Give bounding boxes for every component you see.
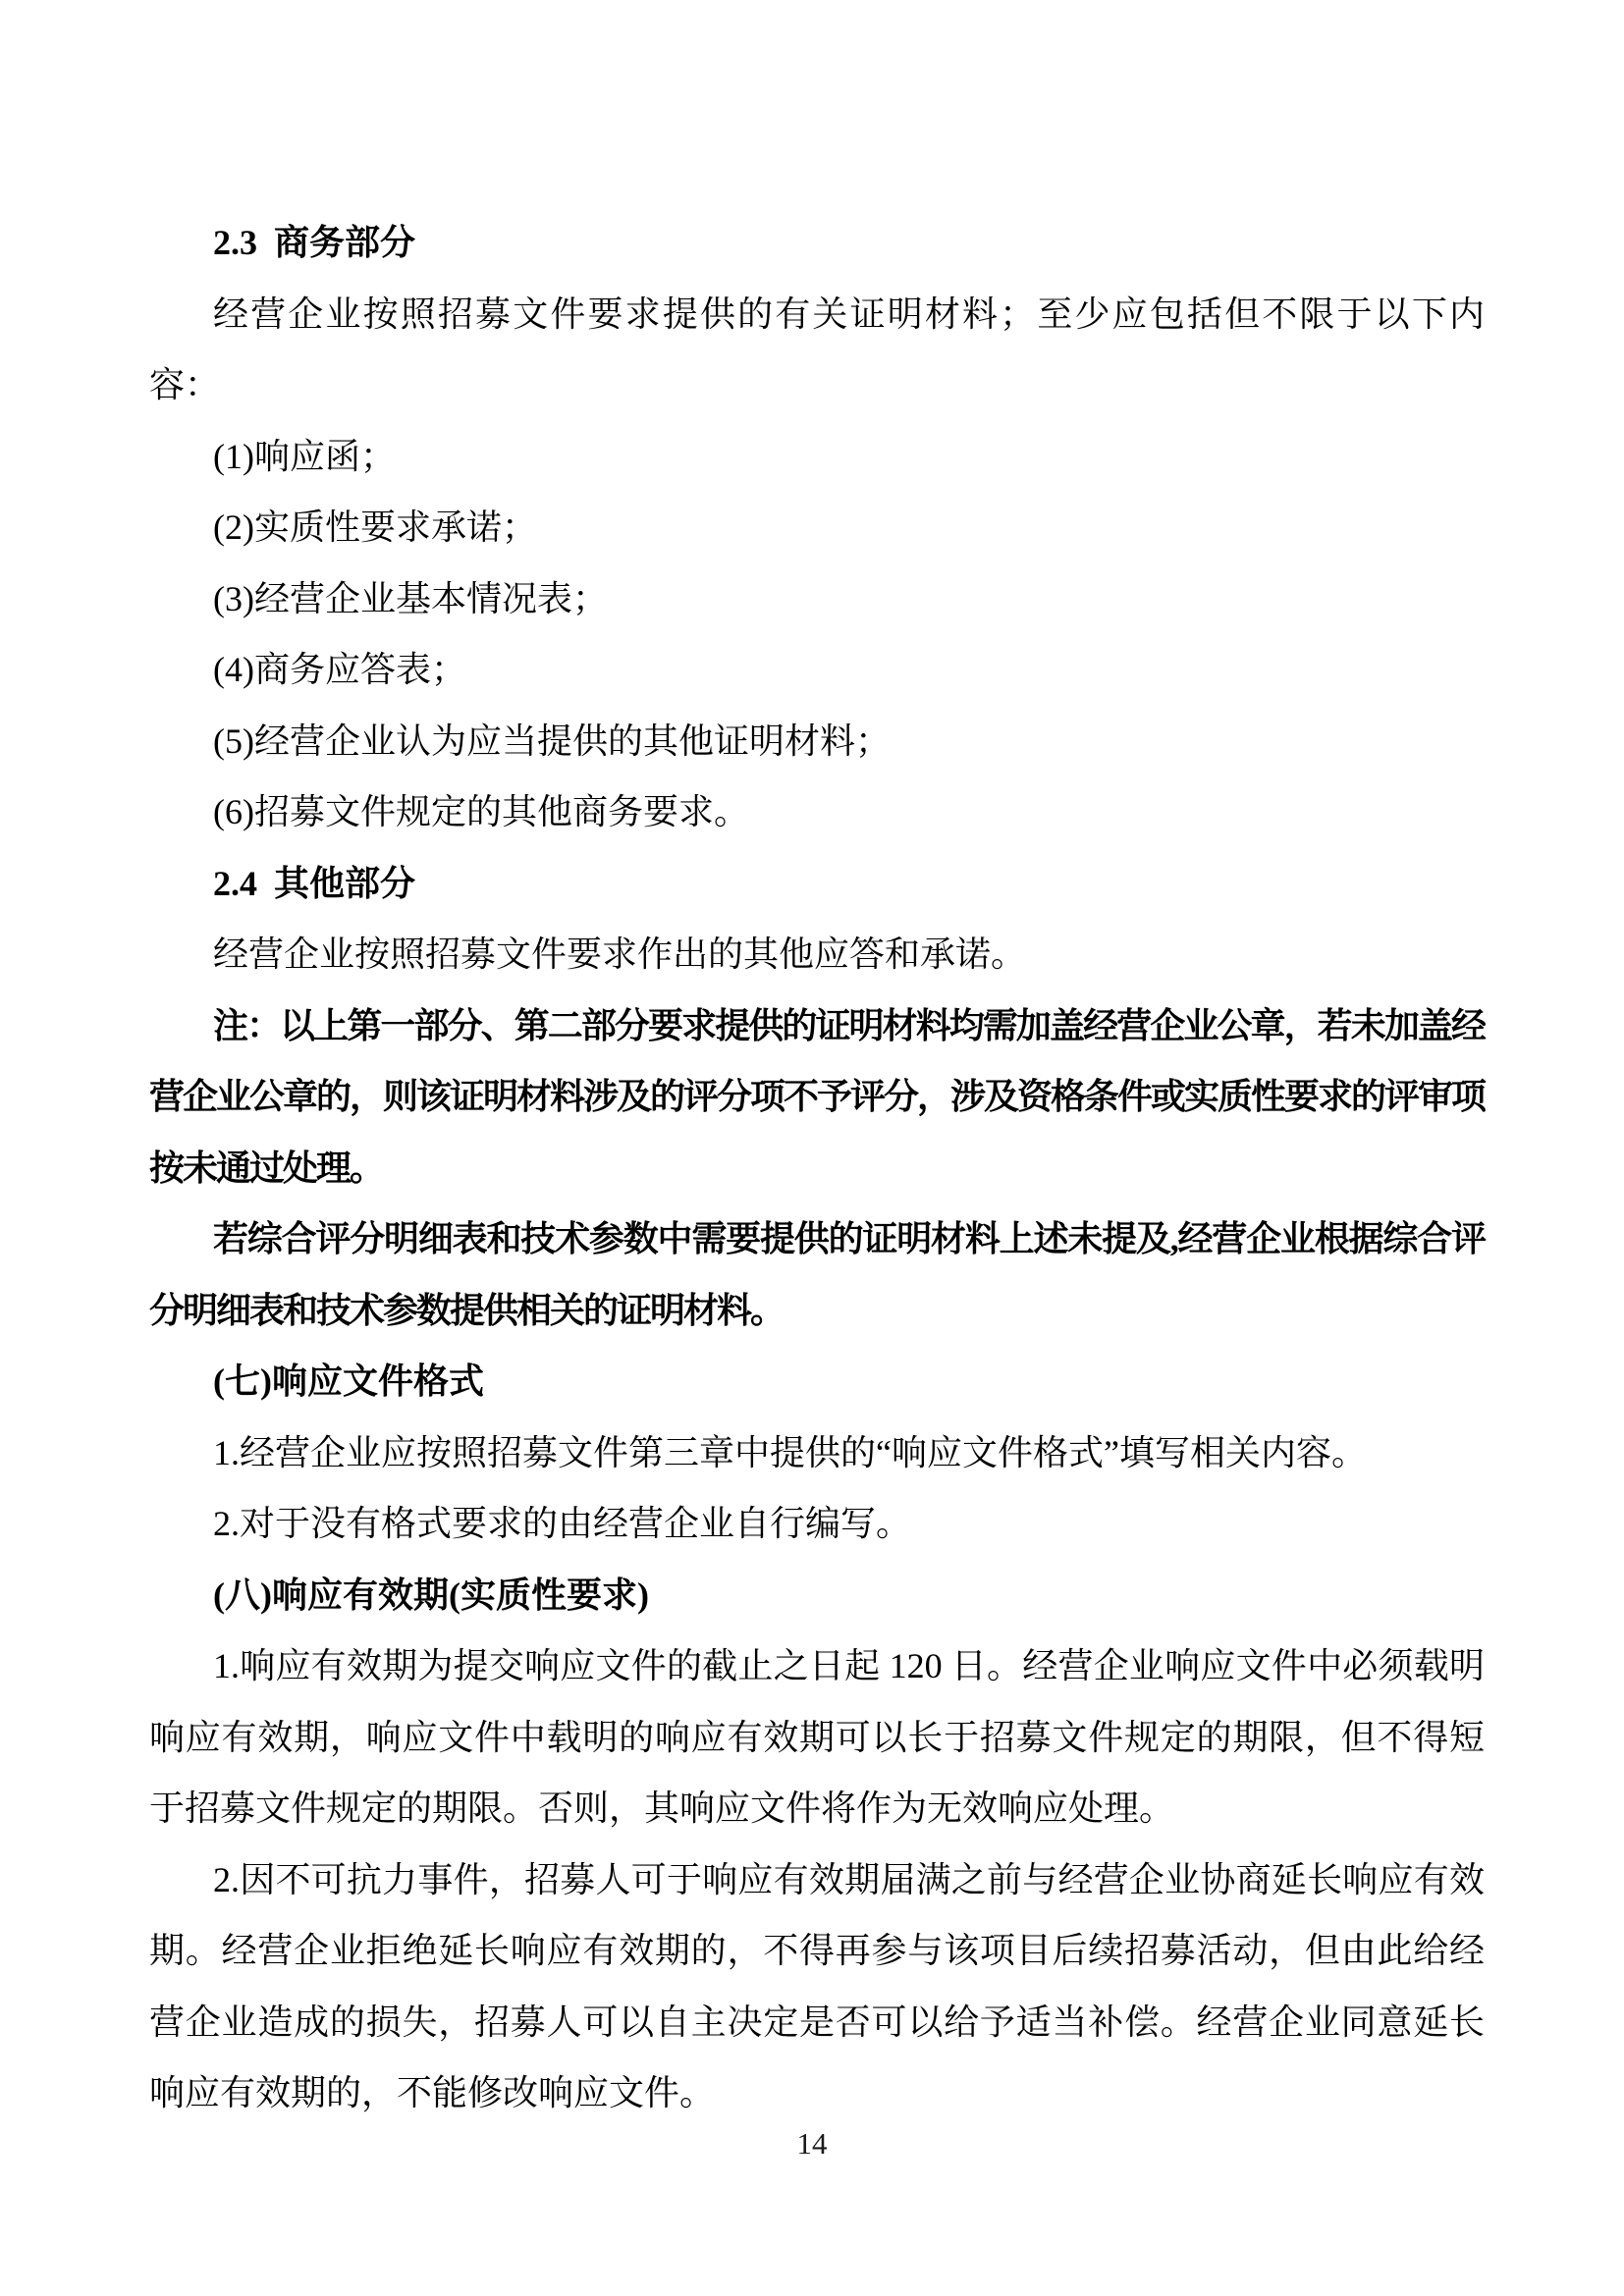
list-item-1: (1)响应函；: [149, 421, 1485, 493]
paragraph-validity-1: 1.响应有效期为提交响应文件的截止之日起 120 日。经营企业响应文件中必须载明…: [149, 1630, 1485, 1844]
paragraph-commercial-intro: 经营企业按照招募文件要求提供的有关证明材料；至少应包括但不限于以下内容：: [149, 279, 1485, 421]
section-heading-2-3: 2.3 商务部分: [149, 207, 1485, 279]
section-heading-8-validity: (八)响应有效期(实质性要求): [149, 1560, 1485, 1631]
document-page: 2.3 商务部分 经营企业按照招募文件要求提供的有关证明材料；至少应包括但不限于…: [0, 0, 1624, 2296]
paragraph-format-1: 1.经营企业应按照招募文件第三章中提供的“响应文件格式”填写相关内容。: [149, 1417, 1485, 1489]
list-item-5: (5)经营企业认为应当提供的其他证明材料；: [149, 706, 1485, 777]
paragraph-format-2: 2.对于没有格式要求的由经营企业自行编写。: [149, 1488, 1485, 1560]
list-item-3: (3)经营企业基本情况表；: [149, 563, 1485, 635]
document-body: 2.3 商务部分 经营企业按照招募文件要求提供的有关证明材料；至少应包括但不限于…: [149, 207, 1485, 2129]
note-paragraph-score-detail: 若综合评分明细表和技术参数中需要提供的证明材料上述未提及,经营企业根据综合评分明…: [149, 1203, 1485, 1346]
note-paragraph-seal: 注：以上第一部分、第二部分要求提供的证明材料均需加盖经营企业公章，若未加盖经营企…: [149, 990, 1485, 1204]
section-heading-7-format: (七)响应文件格式: [149, 1346, 1485, 1417]
paragraph-other-part: 经营企业按照招募文件要求作出的其他应答和承诺。: [149, 919, 1485, 990]
list-item-4: (4)商务应答表；: [149, 634, 1485, 706]
page-number: 14: [0, 2124, 1624, 2163]
list-item-6: (6)招募文件规定的其他商务要求。: [149, 776, 1485, 848]
list-item-2: (2)实质性要求承诺；: [149, 492, 1485, 563]
paragraph-validity-2: 2.因不可抗力事件，招募人可于响应有效期届满之前与经营企业协商延长响应有效期。经…: [149, 1844, 1485, 2129]
section-heading-2-4: 2.4 其他部分: [149, 848, 1485, 920]
